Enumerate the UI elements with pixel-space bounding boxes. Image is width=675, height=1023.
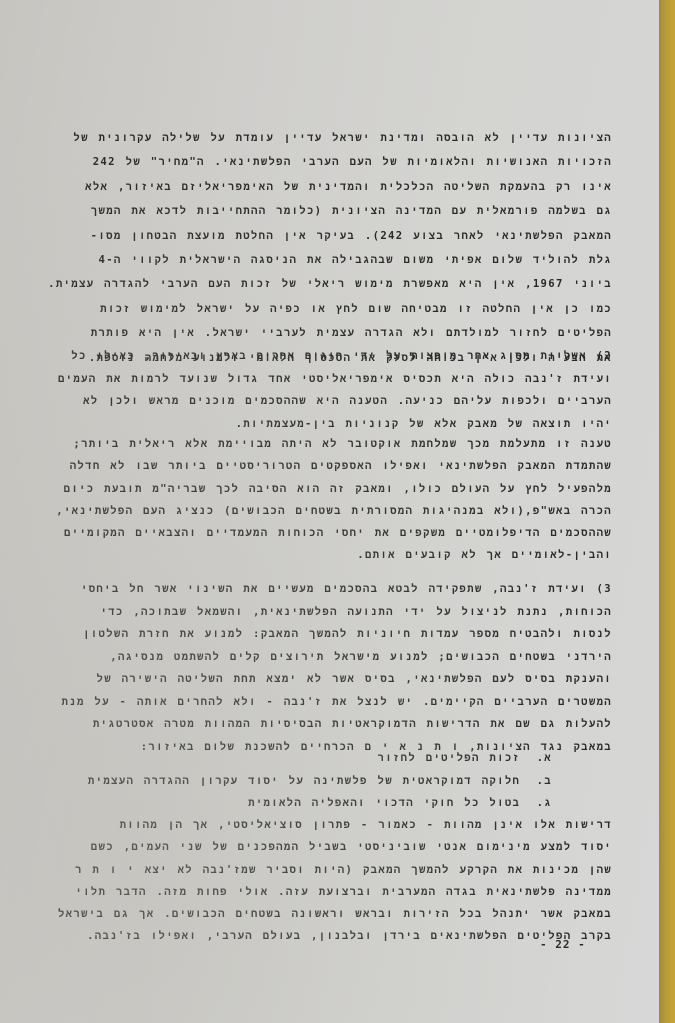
list-item: א. זכות הפליטים לחזור — [52, 747, 552, 770]
text-line: המאבק הפלשתינאי לאחר בצוע 242). בעיקר אי… — [52, 224, 612, 248]
text-line: גלת להוליד שלום אפיתי משום שבהגבילה את ה… — [52, 248, 612, 272]
list-item-text: בטול כל חוקי הדכוי והאפליה הלאומית — [248, 797, 520, 809]
text-line: הפליטים לחזור למולדתם ולא הגדרה עצמית לע… — [52, 321, 612, 345]
paragraph-zionism-242: הציונות עדיין לא הובסה ומדינת ישראל עדיי… — [52, 126, 612, 370]
paragraph-october-war: טענה זו מתעלמת מכך שמלחמת אוקטובר לא הית… — [52, 433, 612, 567]
text-line: הזכויות האנושיות והלאומיות של העם הערבי … — [52, 150, 612, 174]
text-line: דרישות אלו אינן מהוות - כאמור - פתרון סו… — [52, 814, 612, 836]
text-line: ממדינה פלשתינאית בגדה המערבית וברצועת עז… — [52, 881, 612, 903]
text-line: ביוני 1967, אין היא מאפשרת מימוש ריאלי ש… — [52, 272, 612, 296]
page-number: - 22 - — [540, 938, 586, 951]
text-line: שהן מכינות את הקרקע להמשך המאבק (היות וס… — [52, 859, 612, 881]
list-item-text: זכות הפליטים לחזור — [377, 752, 520, 764]
text-line: המשטרים הערביים הקיימים. יש לנצל את ז'נב… — [52, 691, 612, 714]
paragraph-demands: דרישות אלו אינן מהוות - כאמור - פתרון סו… — [52, 814, 612, 948]
text-line: שהתמדת המאבק הפלשתינאי ואפילו האספקטים ה… — [52, 455, 612, 477]
text-line: 3) ועידת ז'נבה, שתפקידה לבטא בהסכמים מעש… — [52, 578, 612, 601]
text-line: טענה זו מתעלמת מכך שמלחמת אוקטובר לא הית… — [52, 433, 612, 455]
list-marker: ג. — [530, 792, 552, 815]
text-line: שההסכמים הדיפלומטיים משקפים את יחסי הכוח… — [52, 522, 612, 544]
list-item: ג. בטול כל חוקי הדכוי והאפליה הלאומית — [52, 792, 552, 815]
text-line: הערביים ולכפות עליהם כניעה. הטענה היא שה… — [52, 390, 612, 413]
text-line: בקרב הפליטים הפלשתינאים בירדן ובלבנון, ב… — [52, 925, 612, 947]
text-line: הכרה באש"פ,(ולא במנהיגות המסורתית בשטחים… — [52, 500, 612, 522]
text-line: גם בשלמה פורמאלית עם המדינה הציונית (כלו… — [52, 199, 612, 223]
list-item-text: חלוקה דמוקראטית של פלשתינה על יסוד עקרון… — [88, 775, 520, 787]
text-line: כמו כן אין החלטה זו מבטיחה שום לחץ או כפ… — [52, 297, 612, 321]
text-line: ועידת ז'נבה כולה היא תכסיס אימפריאליסטי … — [52, 368, 612, 391]
text-line: הכוחות, נתנת לניצול על ידי התנועה הפלשתי… — [52, 601, 612, 624]
text-line: 2) אשליות מסוג אחר מופצות על ידי חוגים א… — [52, 345, 612, 368]
text-line: הציונות עדיין לא הובסה ומדינת ישראל עדיי… — [52, 126, 612, 150]
binder-edge — [659, 0, 675, 1023]
list-item: ב. חלוקה דמוקראטית של פלשתינה על יסוד עק… — [52, 770, 552, 793]
paragraph-point-2: 2) אשליות מסוג אחר מופצות על ידי חוגים א… — [52, 345, 612, 435]
text-line: והבין-לאומיים אך לא קובעים אותם. — [52, 544, 612, 566]
text-line: לנסות ולהבטיח מספר עמדות חיוניות להמשך ה… — [52, 623, 612, 646]
text-line: אינו רק בהעמקת השליטה הכלכלית והמדינית ש… — [52, 175, 612, 199]
conditions-list: א. זכות הפליטים לחזור ב. חלוקה דמוקראטית… — [52, 747, 552, 815]
paragraph-point-3: 3) ועידת ז'נבה, שתפקידה לבטא בהסכמים מעש… — [52, 578, 612, 758]
text-line: יסוד למצע מינימום אנטי שוביניסטי בשביל ה… — [52, 836, 612, 858]
text-line: הירדני בשטחים הכבושים; למנוע מישראל תירו… — [52, 646, 612, 669]
document-page: הציונות עדיין לא הובסה ומדינת ישראל עדיי… — [0, 0, 660, 1023]
text-line: והענקת בסיס לעם הפלשתינאי, בסיס אשר לא י… — [52, 668, 612, 691]
list-marker: א. — [530, 747, 552, 770]
text-line: במאבק אשר יתנהל בכל הזירות ובראש וראשונה… — [52, 903, 612, 925]
text-line: מלהפעיל לחץ על העולם כולו, ומאבק זה הוא … — [52, 478, 612, 500]
text-line: יהיו תוצאה של מאבק אלא של קנוניות בין-מע… — [52, 413, 612, 436]
list-marker: ב. — [530, 770, 552, 793]
text-line: להעלות גם שם את הדרישות הדמוקראטיות הבסי… — [52, 713, 612, 736]
